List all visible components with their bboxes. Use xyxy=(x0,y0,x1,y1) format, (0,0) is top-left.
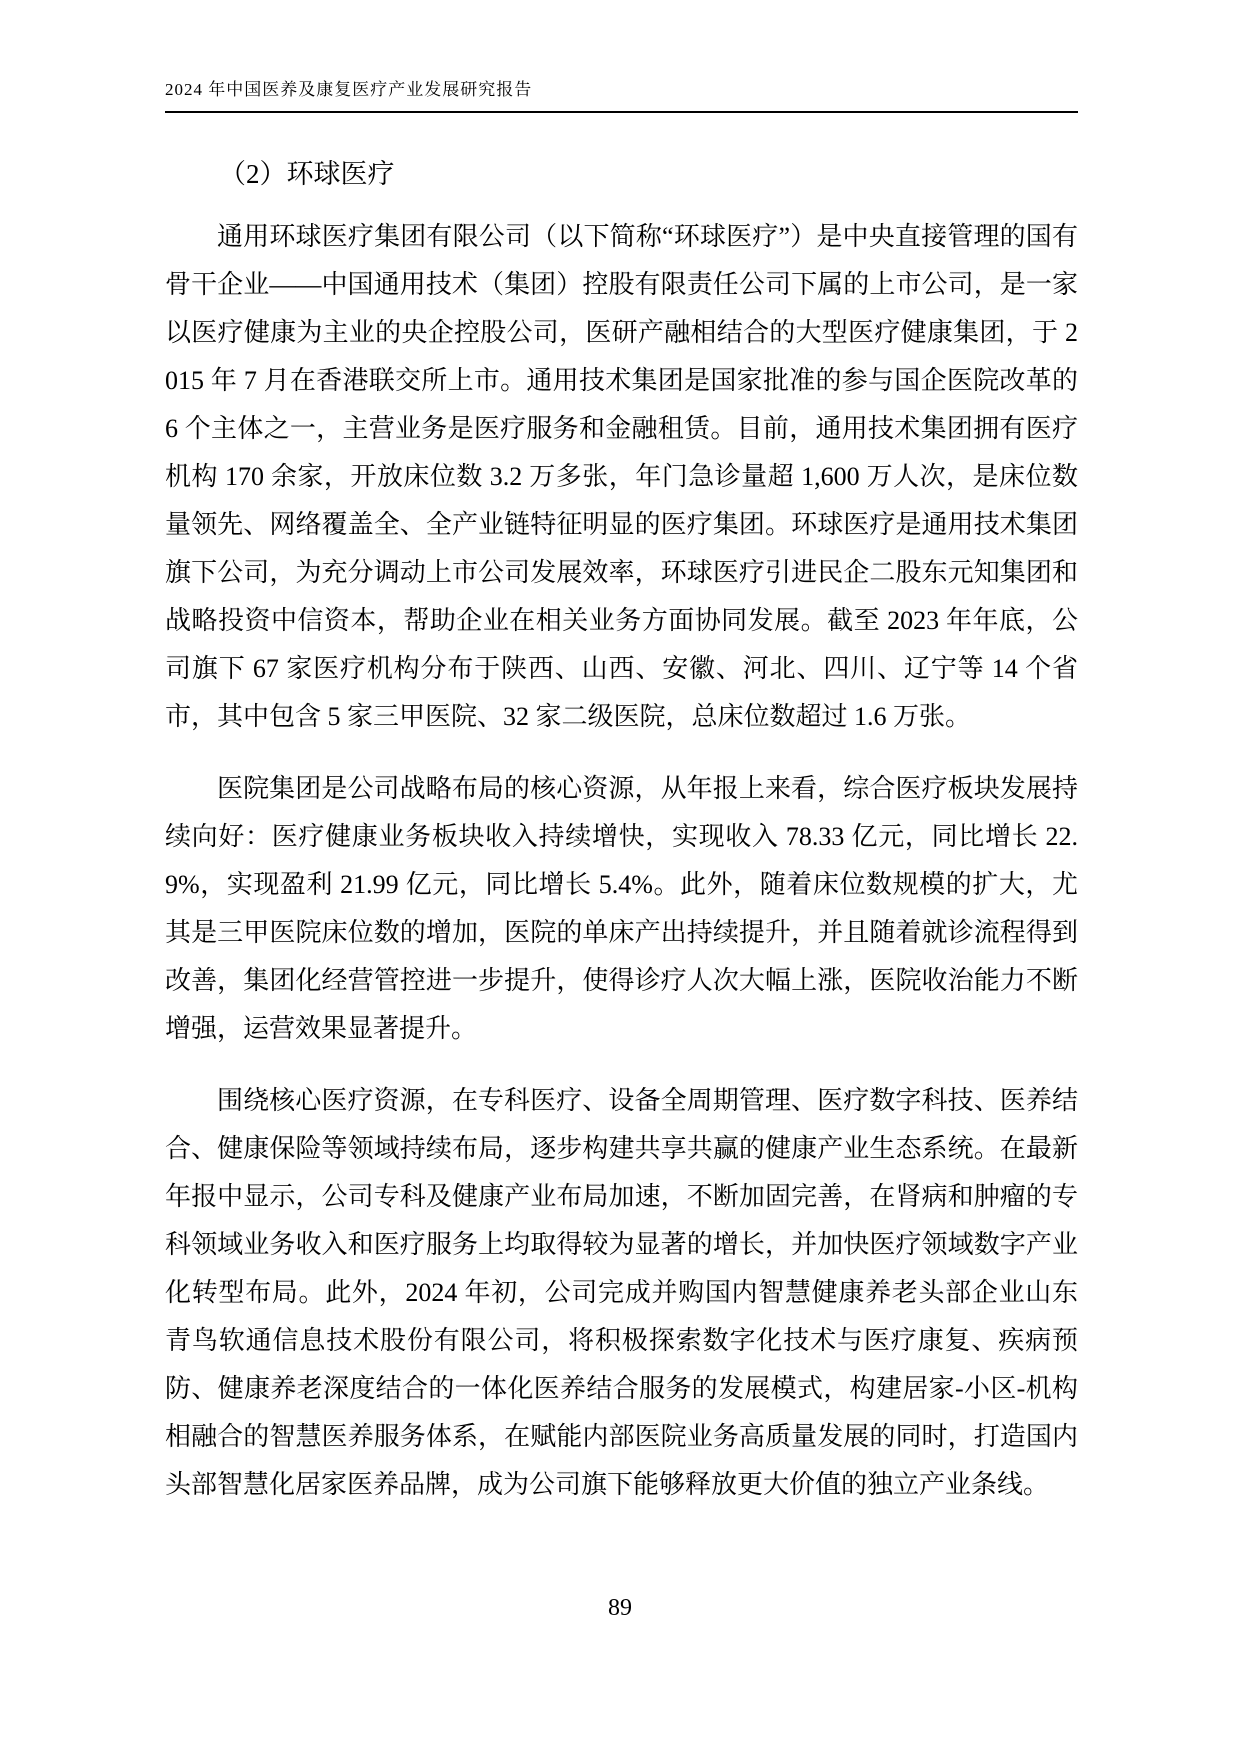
page-header: 2024 年中国医养及康复医疗产业发展研究报告 xyxy=(165,78,1078,113)
section-heading: （2）环球医疗 xyxy=(165,159,1078,189)
page-body: （2）环球医疗 通用环球医疗集团有限公司（以下简称“环球医疗”）是中央直接管理的… xyxy=(165,159,1078,1509)
paragraph-hospital-group-performance: 医院集团是公司战略布局的核心资源，从年报上来看，综合医疗板块发展持续向好：医疗健… xyxy=(165,765,1078,1053)
document-page: 2024 年中国医养及康复医疗产业发展研究报告 （2）环球医疗 通用环球医疗集团… xyxy=(0,0,1240,1754)
paragraph-company-overview: 通用环球医疗集团有限公司（以下简称“环球医疗”）是中央直接管理的国有骨干企业——… xyxy=(165,213,1078,741)
page-number: 89 xyxy=(0,1594,1240,1622)
report-header-title: 2024 年中国医养及康复医疗产业发展研究报告 xyxy=(165,78,1078,102)
paragraph-strategic-layout: 围绕核心医疗资源，在专科医疗、设备全周期管理、医疗数字科技、医养结合、健康保险等… xyxy=(165,1077,1078,1509)
